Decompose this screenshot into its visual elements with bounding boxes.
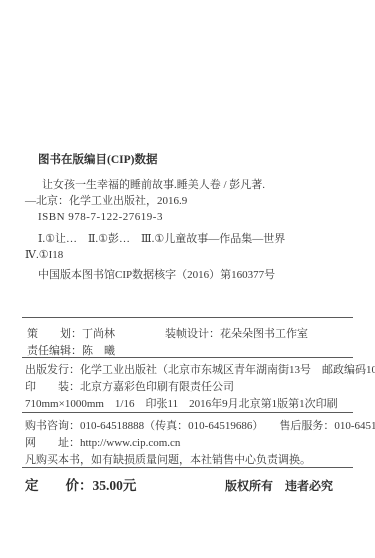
divider: [22, 317, 353, 318]
service-phone: 010-64518899: [334, 420, 375, 432]
publishing-block: 出版发行：化学工业出版社（北京市东城区青年湖南街13号 邮政编码100011） …: [25, 362, 353, 413]
purchase-label: 购书咨询：: [25, 420, 80, 432]
planner-label: 策 划：: [27, 328, 82, 340]
website-row: 网 址：http://www.cip.com.cn: [25, 435, 353, 452]
service-pair: 售后服务：010-64518899: [279, 418, 375, 435]
divider: [22, 412, 353, 413]
cip-record-number: 中国版本图书馆CIP数据核字（2016）第160377号: [25, 267, 355, 283]
divider: [22, 467, 353, 468]
publisher-line: —北京：化学工业出版社，2016.9: [25, 193, 355, 209]
design-studio: 花朵朵图书工作室: [220, 328, 308, 340]
footer-block: 定 价：35.00元 版权所有 违者必究: [25, 474, 353, 494]
contact-block: 购书咨询：010-64518888（传真：010-64519686） 售后服务：…: [25, 418, 353, 469]
printer-value: 北京方嘉彩色印刷有限责任公司: [80, 381, 234, 393]
purchase-pair: 购书咨询：010-64518888（传真：010-64519686）: [25, 418, 263, 435]
book-copyright-page: 图书在版编目(CIP)数据 让女孩一生幸福的睡前故事.睡美人卷 / 彭凡著. —…: [0, 0, 375, 558]
planner-pair: 策 划：丁尚林: [27, 326, 165, 343]
classification-line: Ⅰ.①让… Ⅱ.①彭… Ⅲ.①儿童故事—作品集—世界: [25, 231, 355, 247]
price-pair: 定 价：35.00元: [25, 474, 136, 494]
editor-label: 责任编辑：: [27, 345, 82, 357]
isbn-line: ISBN 978-7-122-27619-3: [25, 209, 355, 225]
printer-label: 印 装：: [25, 381, 80, 393]
print-spec-row: 710mm×1000mm 1/16 印张11 2016年9月北京第1版第1次印刷: [25, 396, 353, 413]
phones-row: 购书咨询：010-64518888（传真：010-64519686） 售后服务：…: [25, 418, 353, 435]
website-url: http://www.cip.com.cn: [80, 437, 180, 449]
publisher-row: 出版发行：化学工业出版社（北京市东城区青年湖南街13号 邮政编码100011）: [25, 362, 353, 379]
book-title-line: 让女孩一生幸福的睡前故事.睡美人卷 / 彭凡著.: [25, 177, 355, 193]
service-label: 售后服务：: [279, 420, 334, 432]
printer-row: 印 装：北京方嘉彩色印刷有限责任公司: [25, 379, 353, 396]
price-value: 35.00元: [93, 478, 137, 493]
staff-row: 策 划：丁尚林 装帧设计：花朵朵图书工作室: [27, 326, 353, 343]
purchase-phone: 010-64518888（传真：010-64519686）: [80, 420, 263, 432]
editor-name: 陈 曦: [82, 345, 115, 357]
cip-heading: 图书在版编目(CIP)数据: [25, 152, 355, 168]
staff-block: 策 划：丁尚林 装帧设计：花朵朵图书工作室 责任编辑：陈 曦: [27, 326, 353, 360]
publisher-value: 化学工业出版社（北京市东城区青年湖南街13号 邮政编码100011）: [80, 364, 375, 376]
website-label: 网 址：: [25, 437, 80, 449]
price-label: 定 价：: [25, 478, 93, 493]
classification-line-2: Ⅳ.①I18: [25, 247, 355, 263]
divider: [22, 357, 353, 358]
copyright-notice: 版权所有 违者必究: [225, 477, 333, 494]
cip-block: 图书在版编目(CIP)数据 让女孩一生幸福的睡前故事.睡美人卷 / 彭凡著. —…: [25, 152, 355, 283]
design-label: 装帧设计：: [165, 328, 220, 340]
publisher-label: 出版发行：: [25, 364, 80, 376]
planner-name: 丁尚林: [82, 328, 115, 340]
design-pair: 装帧设计：花朵朵图书工作室: [165, 326, 308, 343]
